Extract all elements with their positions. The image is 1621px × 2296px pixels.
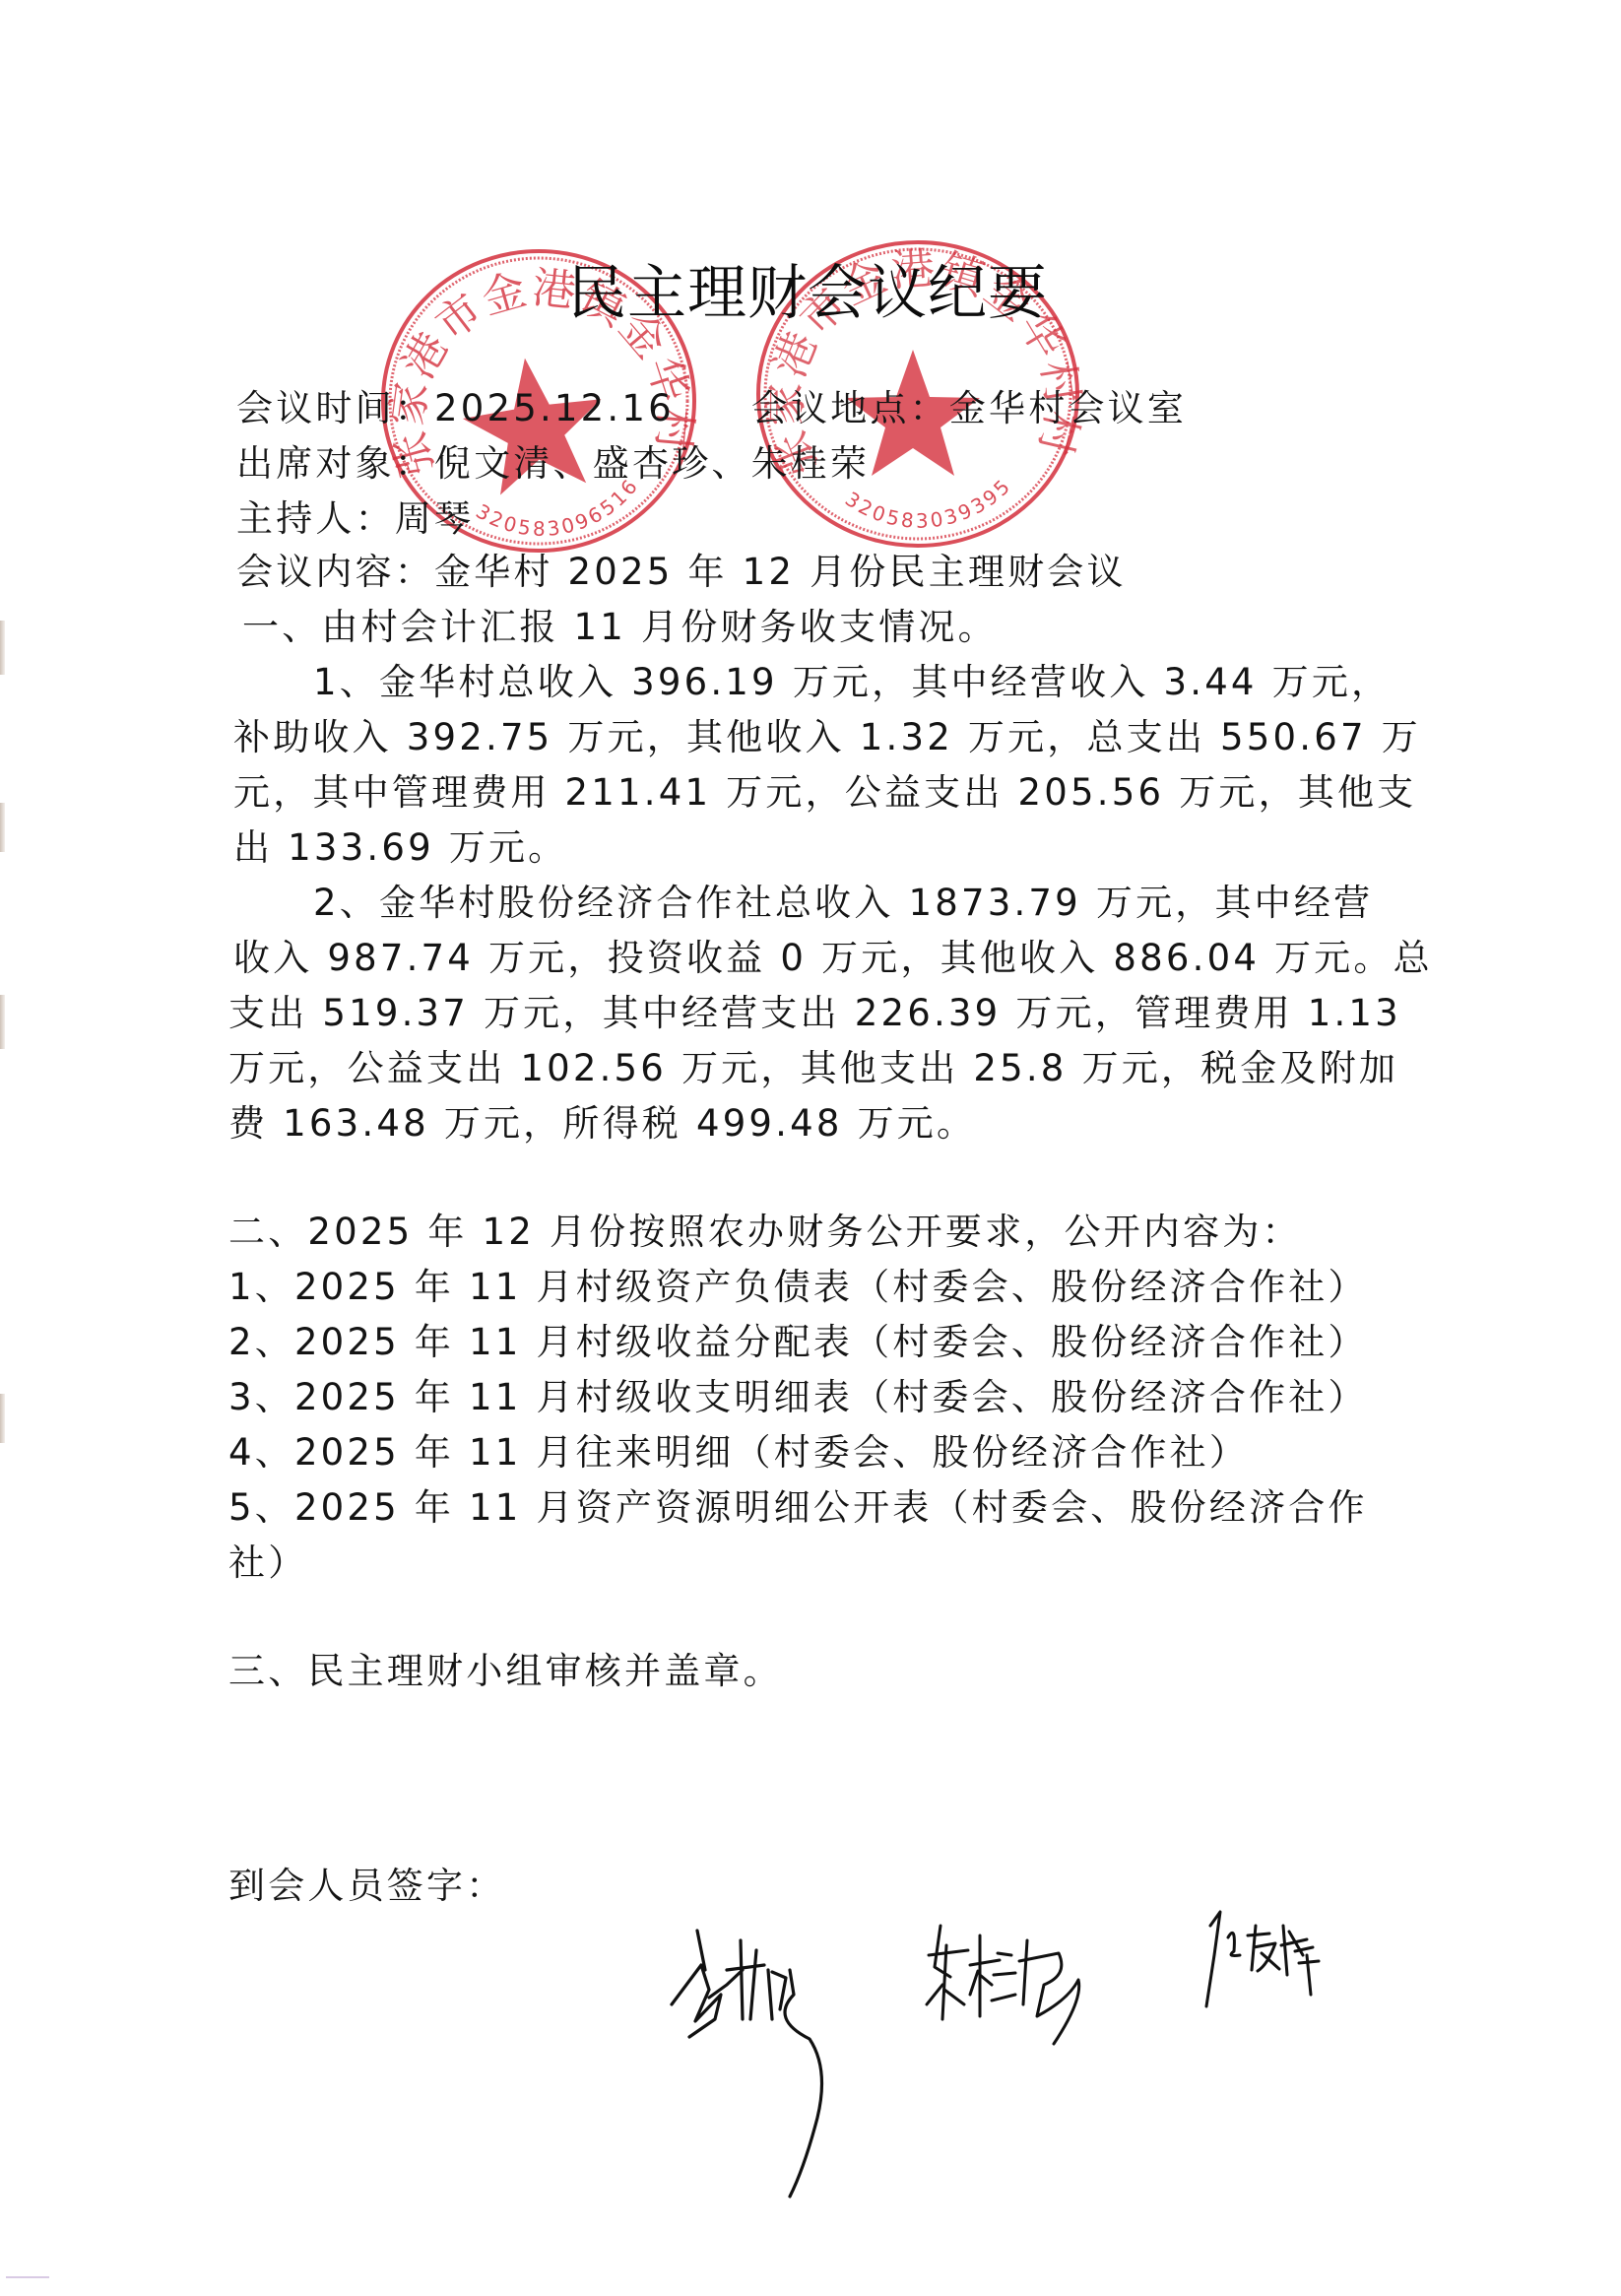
attendees-value: 倪文清、盛杏珍、朱桂荣 xyxy=(434,442,870,485)
para-1-line: 补助收入 392.75 万元，其他收入 1.32 万元，总支出 550.67 万 xyxy=(233,713,1421,762)
host-label: 主持人： xyxy=(236,497,395,540)
disclosure-item: 4、2025 年 11 月往来明细（村委会、股份经济合作社） xyxy=(228,1428,1249,1477)
meeting-time-value: 2025.12.16 xyxy=(434,387,675,429)
handwritten-signature-icon xyxy=(1197,1896,1334,2034)
signature-3 xyxy=(1197,1896,1334,2034)
para-1-line: 元，其中管理费用 211.41 万元，公益支出 205.56 万元，其他支 xyxy=(233,768,1416,818)
para-1-line: 出 133.69 万元。 xyxy=(233,823,567,873)
attendees-row: 出席对象：倪文清、盛杏珍、朱桂荣 xyxy=(236,439,870,489)
document-title: 民主理财会议纪要 xyxy=(567,258,1048,329)
scan-edge-line xyxy=(6,2276,49,2278)
host-row: 主持人：周琴 xyxy=(236,494,474,544)
disclosure-item: 2、2025 年 11 月村级收益分配表（村委会、股份经济合作社） xyxy=(228,1318,1368,1367)
para-2-line: 支出 519.37 万元，其中经营支出 226.39 万元，管理费用 1.13 xyxy=(228,989,1401,1038)
signature-label: 到会人员签字： xyxy=(228,1862,505,1911)
para-2-line: 收入 987.74 万元，投资收益 0 万元，其他收入 886.04 万元。总 xyxy=(233,934,1433,983)
para-2-line: 万元，公益支出 102.56 万元，其他支出 25.8 万元，税金及附加 xyxy=(228,1044,1398,1093)
disclosure-item: 1、2025 年 11 月村级资产负债表（村委会、股份经济合作社） xyxy=(228,1263,1368,1312)
para-2-line: 2、金华村股份经济合作社总收入 1873.79 万元，其中经营 xyxy=(313,879,1373,928)
handwritten-signature-icon xyxy=(662,1911,859,2206)
disclosure-item-continuation: 社） xyxy=(228,1539,307,1588)
handwritten-signature-icon xyxy=(921,1906,1108,2054)
document-page: 张家港市金港镇金华村股份经济合作社 320583096516 张家港市金港镇金华… xyxy=(0,0,1621,2296)
disclosure-item: 3、2025 年 11 月村级收支明细表（村委会、股份经济合作社） xyxy=(228,1373,1368,1422)
scan-edge-mark xyxy=(0,621,5,675)
content-value: 金华村 2025 年 12 月份民主理财会议 xyxy=(434,551,1127,593)
para-1-line: 1、金华村总收入 396.19 万元，其中经营收入 3.44 万元， xyxy=(313,658,1391,707)
section-2-heading: 二、2025 年 12 月份按照农办财务公开要求，公开内容为： xyxy=(228,1208,1302,1257)
content-label: 会议内容： xyxy=(236,551,434,593)
meeting-time-label: 会议时间： xyxy=(236,387,434,429)
meeting-place-value: 金华村会议室 xyxy=(949,387,1187,429)
scan-edge-mark xyxy=(0,803,5,852)
scan-edge-mark xyxy=(0,995,5,1049)
section-1-heading: 一、由村会计汇报 11 月份财务收支情况。 xyxy=(242,603,998,652)
signature-1 xyxy=(662,1911,859,2206)
disclosure-item: 5、2025 年 11 月资产资源明细公开表（村委会、股份经济合作 xyxy=(228,1483,1368,1533)
para-2-line: 费 163.48 万元，所得税 499.48 万元。 xyxy=(228,1099,976,1148)
attendees-label: 出席对象： xyxy=(236,442,434,485)
section-3-heading: 三、民主理财小组审核并盖章。 xyxy=(228,1647,783,1696)
content-row: 会议内容：金华村 2025 年 12 月份民主理财会议 xyxy=(236,548,1127,597)
meeting-time-row: 会议时间：2025.12.16会议地点：金华村会议室 xyxy=(236,384,1187,433)
host-value: 周琴 xyxy=(395,497,474,540)
signature-2 xyxy=(921,1906,1108,2054)
meeting-place-label: 会议地点： xyxy=(751,387,949,429)
scan-edge-mark xyxy=(0,1394,5,1443)
